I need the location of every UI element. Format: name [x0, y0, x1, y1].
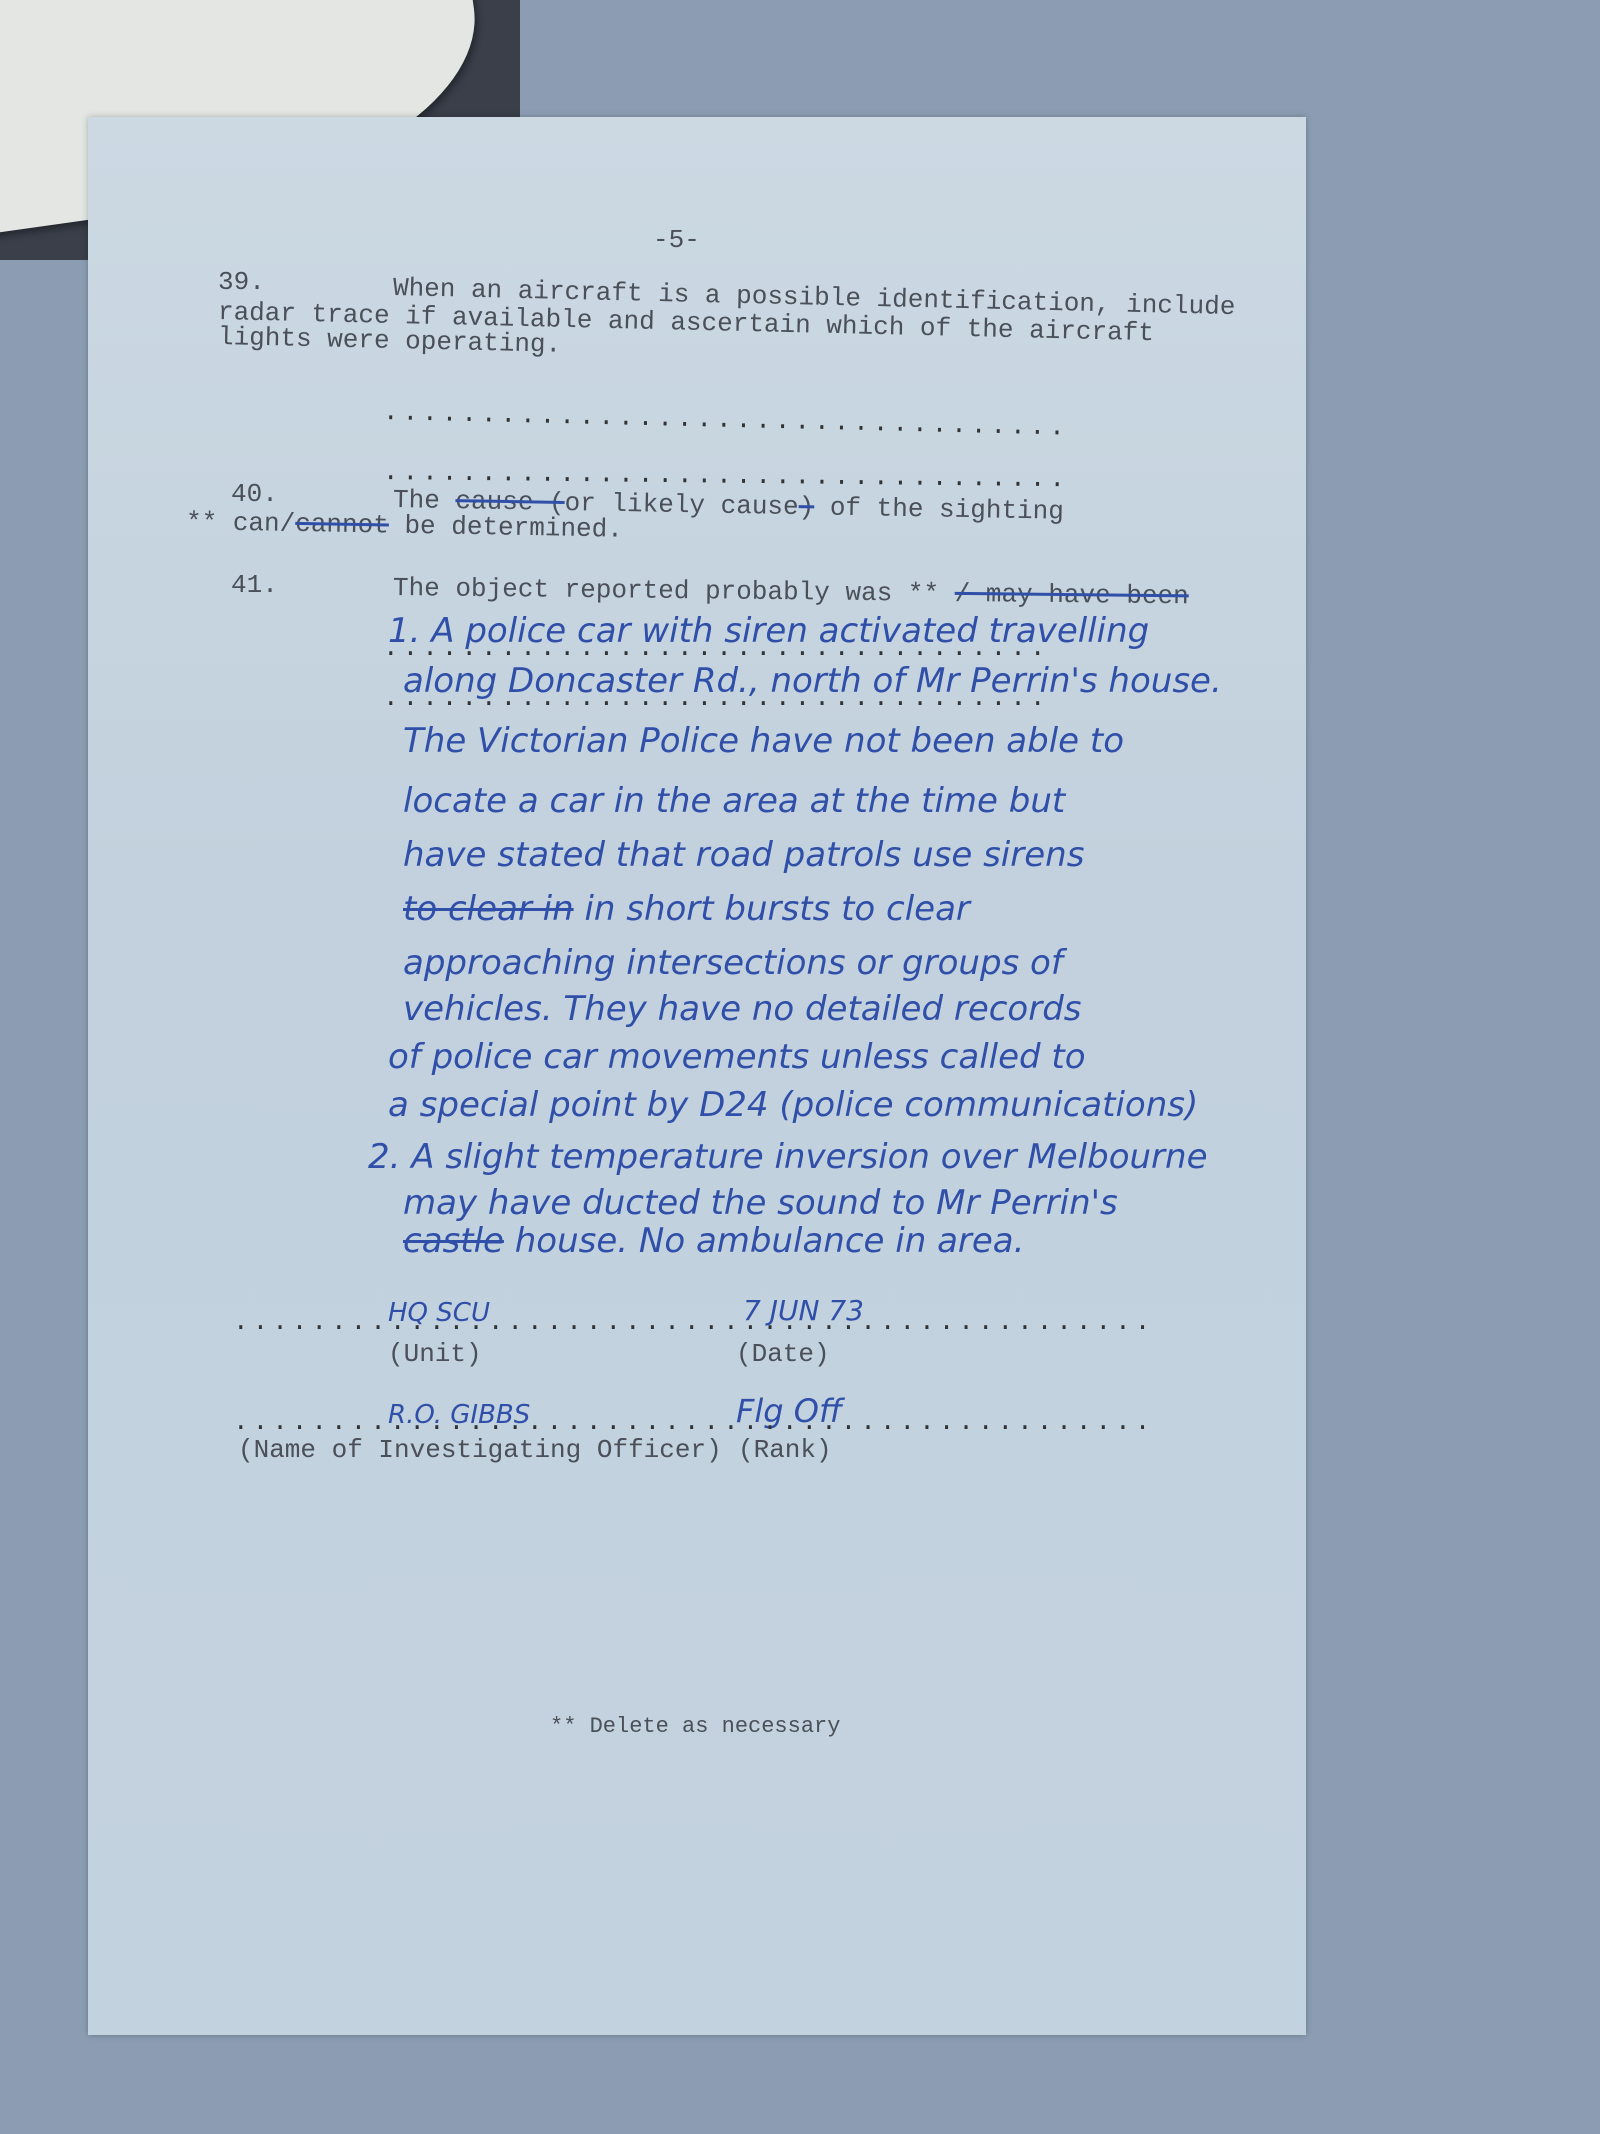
- delete-marker: **: [186, 507, 218, 538]
- struck-handwriting: castle: [403, 1221, 504, 1261]
- q39-line3: lights were operating.: [218, 322, 562, 360]
- q40-struck-cannot: cannot: [295, 509, 389, 541]
- q40-line2: ** can/cannot be determined.: [186, 507, 623, 545]
- unit-label: (Unit): [388, 1339, 482, 1369]
- q41-prompt: The object reported probably was ** / ma…: [393, 573, 1189, 611]
- rank-label: (Rank): [738, 1435, 832, 1465]
- handwritten-line: of police car movements unless called to: [388, 1037, 1086, 1077]
- q40-determined: be determined.: [389, 511, 624, 545]
- handwritten-line: approaching intersections or groups of: [403, 943, 1063, 983]
- handwritten-line: a special point by D24 (police communica…: [388, 1085, 1198, 1125]
- handwritten-line: vehicles. They have no detailed records: [403, 989, 1082, 1029]
- handwritten-line: 1. A police car with siren activated tra…: [388, 611, 1149, 651]
- q41-prompt-text: The object reported probably was: [393, 573, 908, 608]
- handwritten-text: house. No ambulance in area.: [515, 1221, 1025, 1261]
- page-number: -5-: [653, 225, 700, 255]
- footnote-delete-as-necessary: ** Delete as necessary: [550, 1712, 840, 1742]
- date-label: (Date): [736, 1339, 830, 1369]
- officer-label: (Name of Investigating Officer): [238, 1435, 722, 1465]
- struck-handwriting: to clear in: [403, 889, 574, 929]
- handwritten-line: may have ducted the sound to Mr Perrin's: [403, 1183, 1118, 1223]
- officer-rank-dotline: ........................................…: [233, 1407, 1154, 1437]
- handwritten-text: in short bursts to clear: [584, 889, 969, 929]
- handwritten-line: along Doncaster Rd., north of Mr Perrin'…: [403, 661, 1222, 701]
- handwritten-line: have stated that road patrols use sirens: [403, 835, 1084, 875]
- handwritten-line: castle house. No ambulance in area.: [403, 1221, 1024, 1261]
- q41-number: 41.: [231, 570, 278, 600]
- delete-marker: **: [908, 578, 955, 608]
- handwritten-line: to clear in in short bursts to clear: [403, 889, 970, 929]
- q40-number: 40.: [231, 479, 278, 509]
- unit-date-dotline: ........................................…: [233, 1307, 1154, 1337]
- q40-struck-paren: ): [798, 492, 814, 522]
- handwritten-line: The Victorian Police have not been able …: [403, 721, 1124, 761]
- q40-text-suffix: of the sighting: [814, 492, 1064, 526]
- q41-struck-may-have-been: / may have been: [955, 579, 1189, 611]
- q39-answer-line-1[interactable]: ...................................: [383, 397, 1070, 443]
- handwritten-line: 2. A slight temperature inversion over M…: [368, 1137, 1208, 1177]
- q40-can: can/: [233, 508, 296, 539]
- q39-number: 39.: [218, 267, 265, 297]
- document-page: -5- 39. When an aircraft is a possible i…: [88, 117, 1306, 2035]
- handwritten-line: locate a car in the area at the time but: [403, 781, 1065, 821]
